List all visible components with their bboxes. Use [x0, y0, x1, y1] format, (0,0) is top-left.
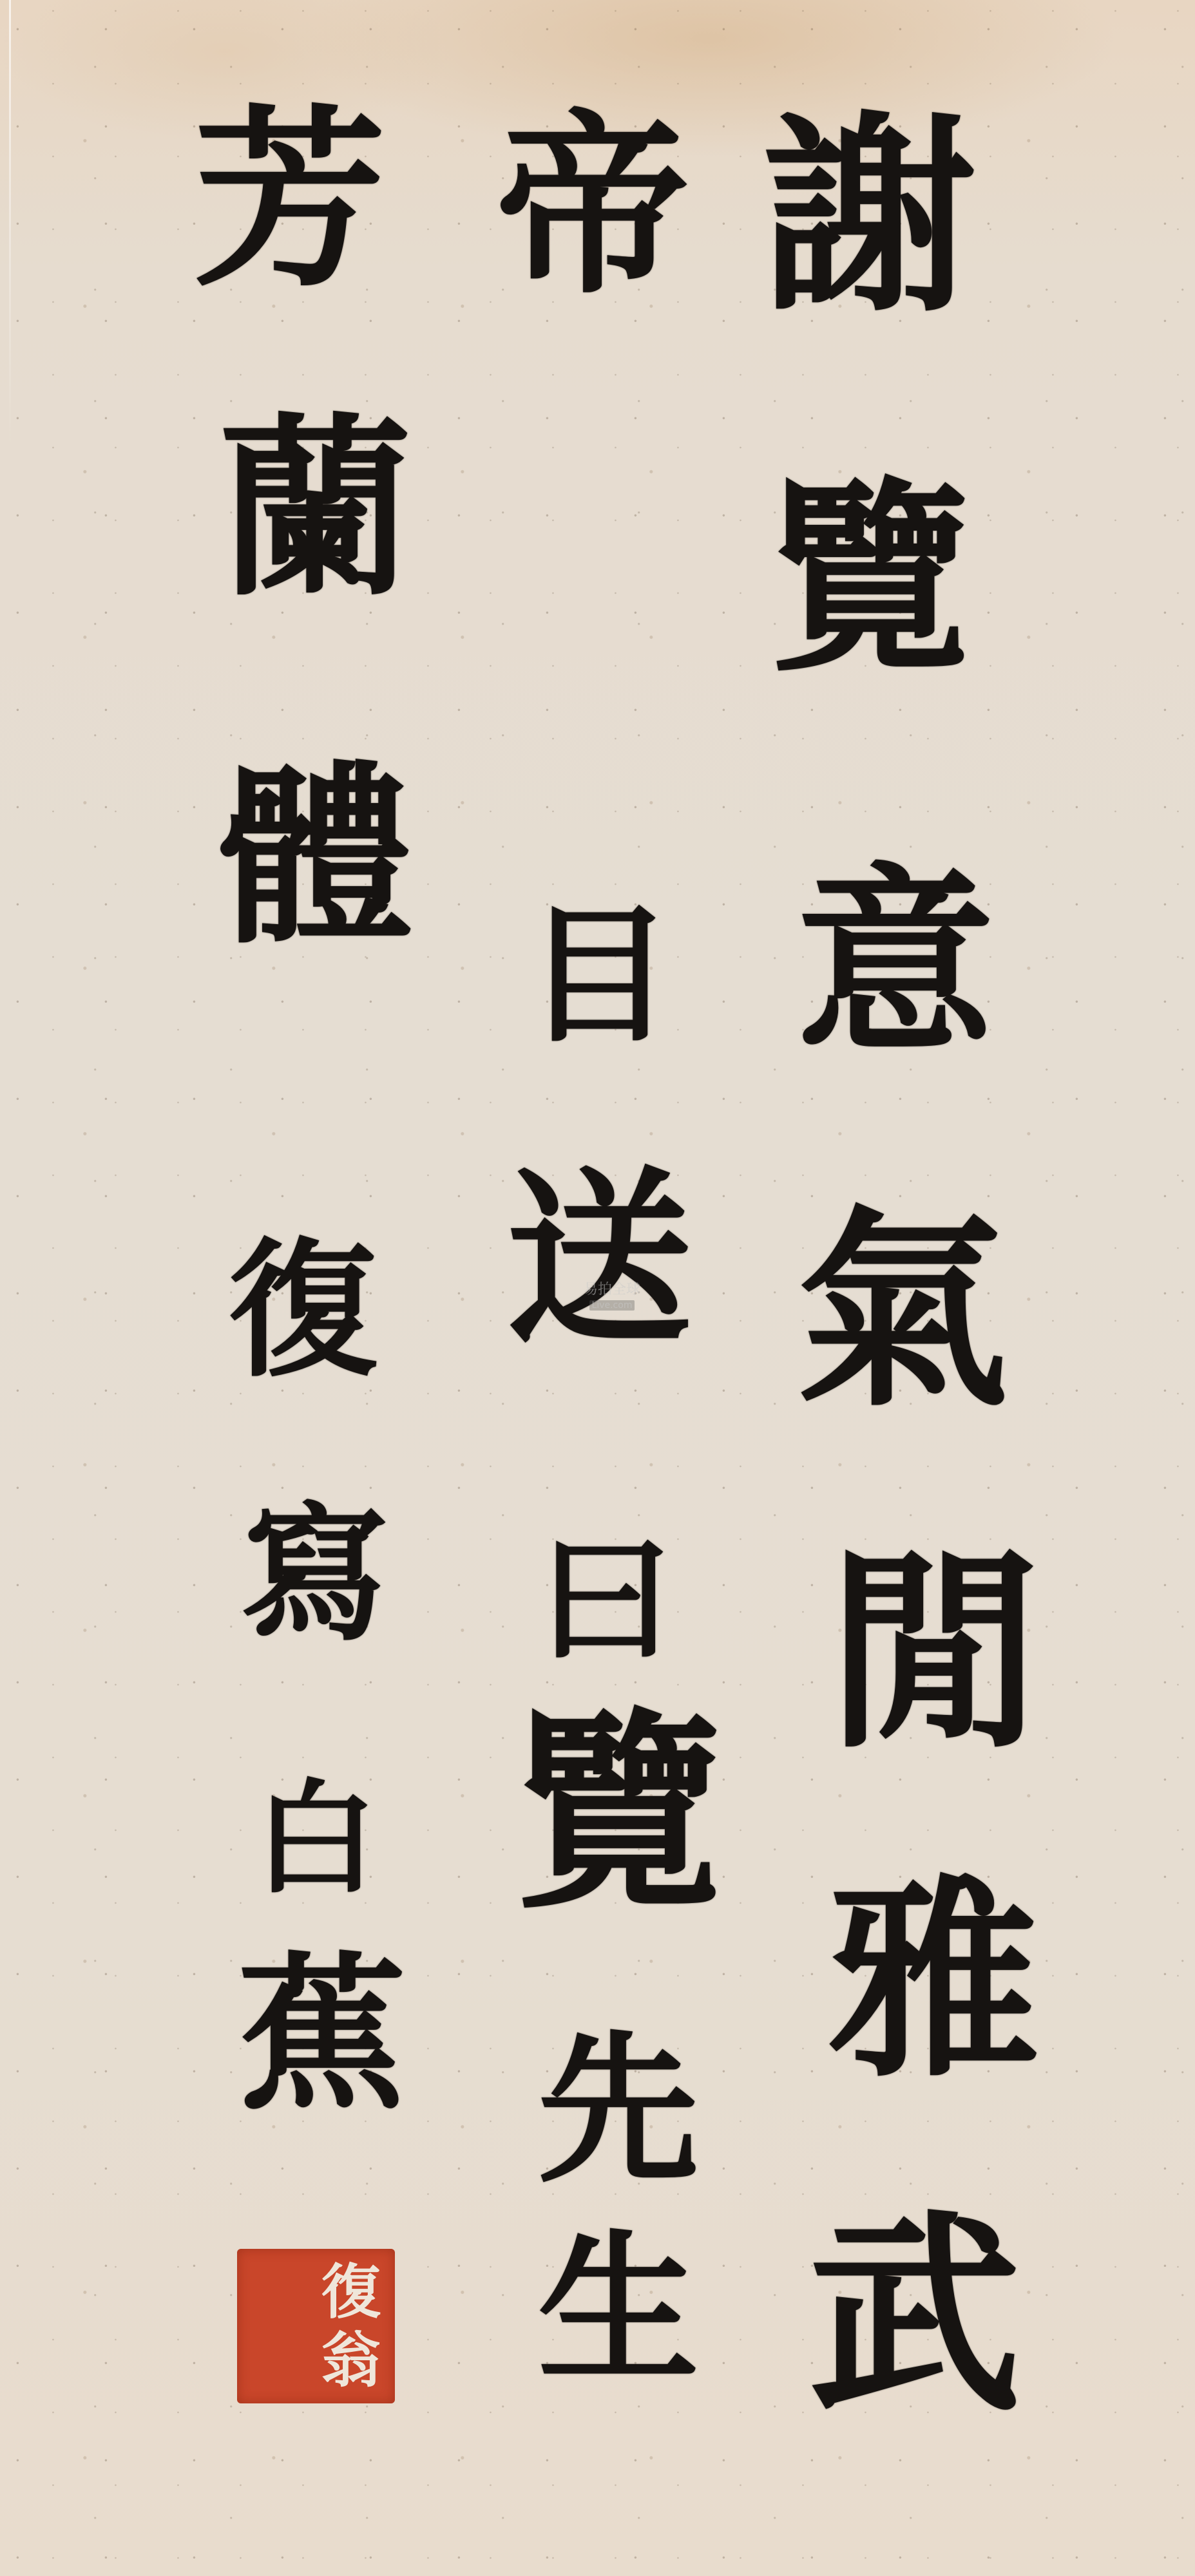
calligraphy-character: 芳 — [193, 103, 387, 296]
calligraphy-character: 帝 — [496, 109, 689, 303]
calligraphy-character: 雅 — [828, 1874, 1040, 2087]
calligraphy-character: 體 — [219, 760, 412, 953]
red-seal-stamp: 復 翁 — [237, 2249, 395, 2403]
calligraphy-character: 氣 — [796, 1204, 1008, 1417]
seal-char-1: 復 — [316, 2258, 387, 2326]
calligraphy-character: 謝 — [763, 109, 976, 322]
watermark-en: Live.com — [589, 1300, 635, 1311]
calligraphy-character: 覽 — [512, 1707, 725, 1919]
calligraphy-character: 蕉 — [238, 1951, 406, 2119]
calligraphy-character: 復 — [229, 1236, 377, 1385]
calligraphy-character: 生 — [538, 2228, 699, 2389]
calligraphy-character: 曰 — [538, 1533, 673, 1668]
calligraphy-character: 先 — [538, 2029, 699, 2190]
calligraphy-character: 白 — [254, 1777, 377, 1900]
watermark-cn: 易拍全球 — [573, 1278, 651, 1298]
calligraphy-character: 蘭 — [219, 412, 412, 605]
calligraphy-character: 武 — [808, 2209, 1021, 2421]
calligraphy-character: 閒 — [828, 1546, 1040, 1758]
seal-char-2: 翁 — [316, 2326, 387, 2394]
calligraphy-character: 目 — [525, 902, 673, 1050]
calligraphy-character: 寫 — [242, 1501, 390, 1649]
calligraphy-character: 覽 — [767, 477, 973, 683]
calligraphy-character: 意 — [796, 863, 995, 1063]
watermark: 易拍全球 Live.com — [573, 1278, 651, 1311]
calligraphy-character: 送 — [506, 1166, 693, 1352]
